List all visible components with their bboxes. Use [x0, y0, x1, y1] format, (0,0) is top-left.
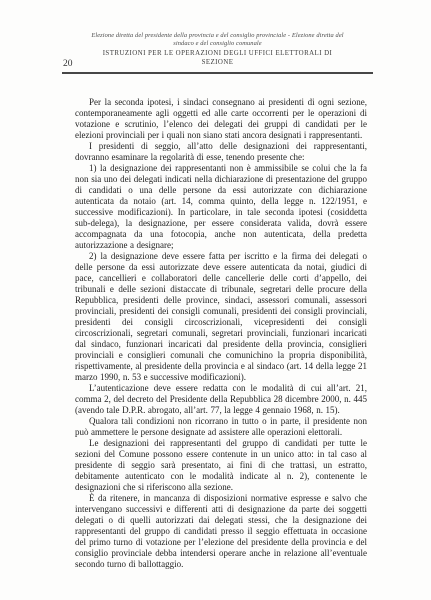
page-body: Per la seconda ipotesi, i sindaci conseg…	[75, 97, 367, 570]
running-head-title: Elezione diretta del presidente della pr…	[90, 32, 345, 48]
paragraph-intro: Per la seconda ipotesi, i sindaci conseg…	[75, 97, 367, 141]
running-head: Elezione diretta del presidente della pr…	[62, 32, 373, 67]
running-head-subtitle: ISTRUZIONI PER LE OPERAZIONI DEGLI UFFIC…	[90, 49, 345, 67]
header-rule	[62, 72, 373, 74]
paragraph-item-1: 1) la designazione dei rappresentanti no…	[75, 163, 367, 251]
paragraph-autenticazione: L’autenticazione deve essere redatta con…	[75, 383, 367, 416]
paragraph-ballottaggio: È da ritenere, in mancanza di disposizio…	[75, 493, 367, 570]
paragraph-item-2: 2) la designazione deve essere fatta per…	[75, 251, 367, 383]
page-header: 20 Elezione diretta del presidente della…	[62, 32, 373, 67]
paragraph-qualora: Qualora tali condizioni non ricorrano in…	[75, 416, 367, 438]
document-page: 20 Elezione diretta del presidente della…	[0, 0, 431, 600]
paragraph-designazioni: Le designazioni dei rappresentanti del g…	[75, 438, 367, 493]
page-number: 20	[63, 59, 73, 69]
paragraph-presidenti: I presidenti di seggio, all’atto delle d…	[75, 141, 367, 163]
